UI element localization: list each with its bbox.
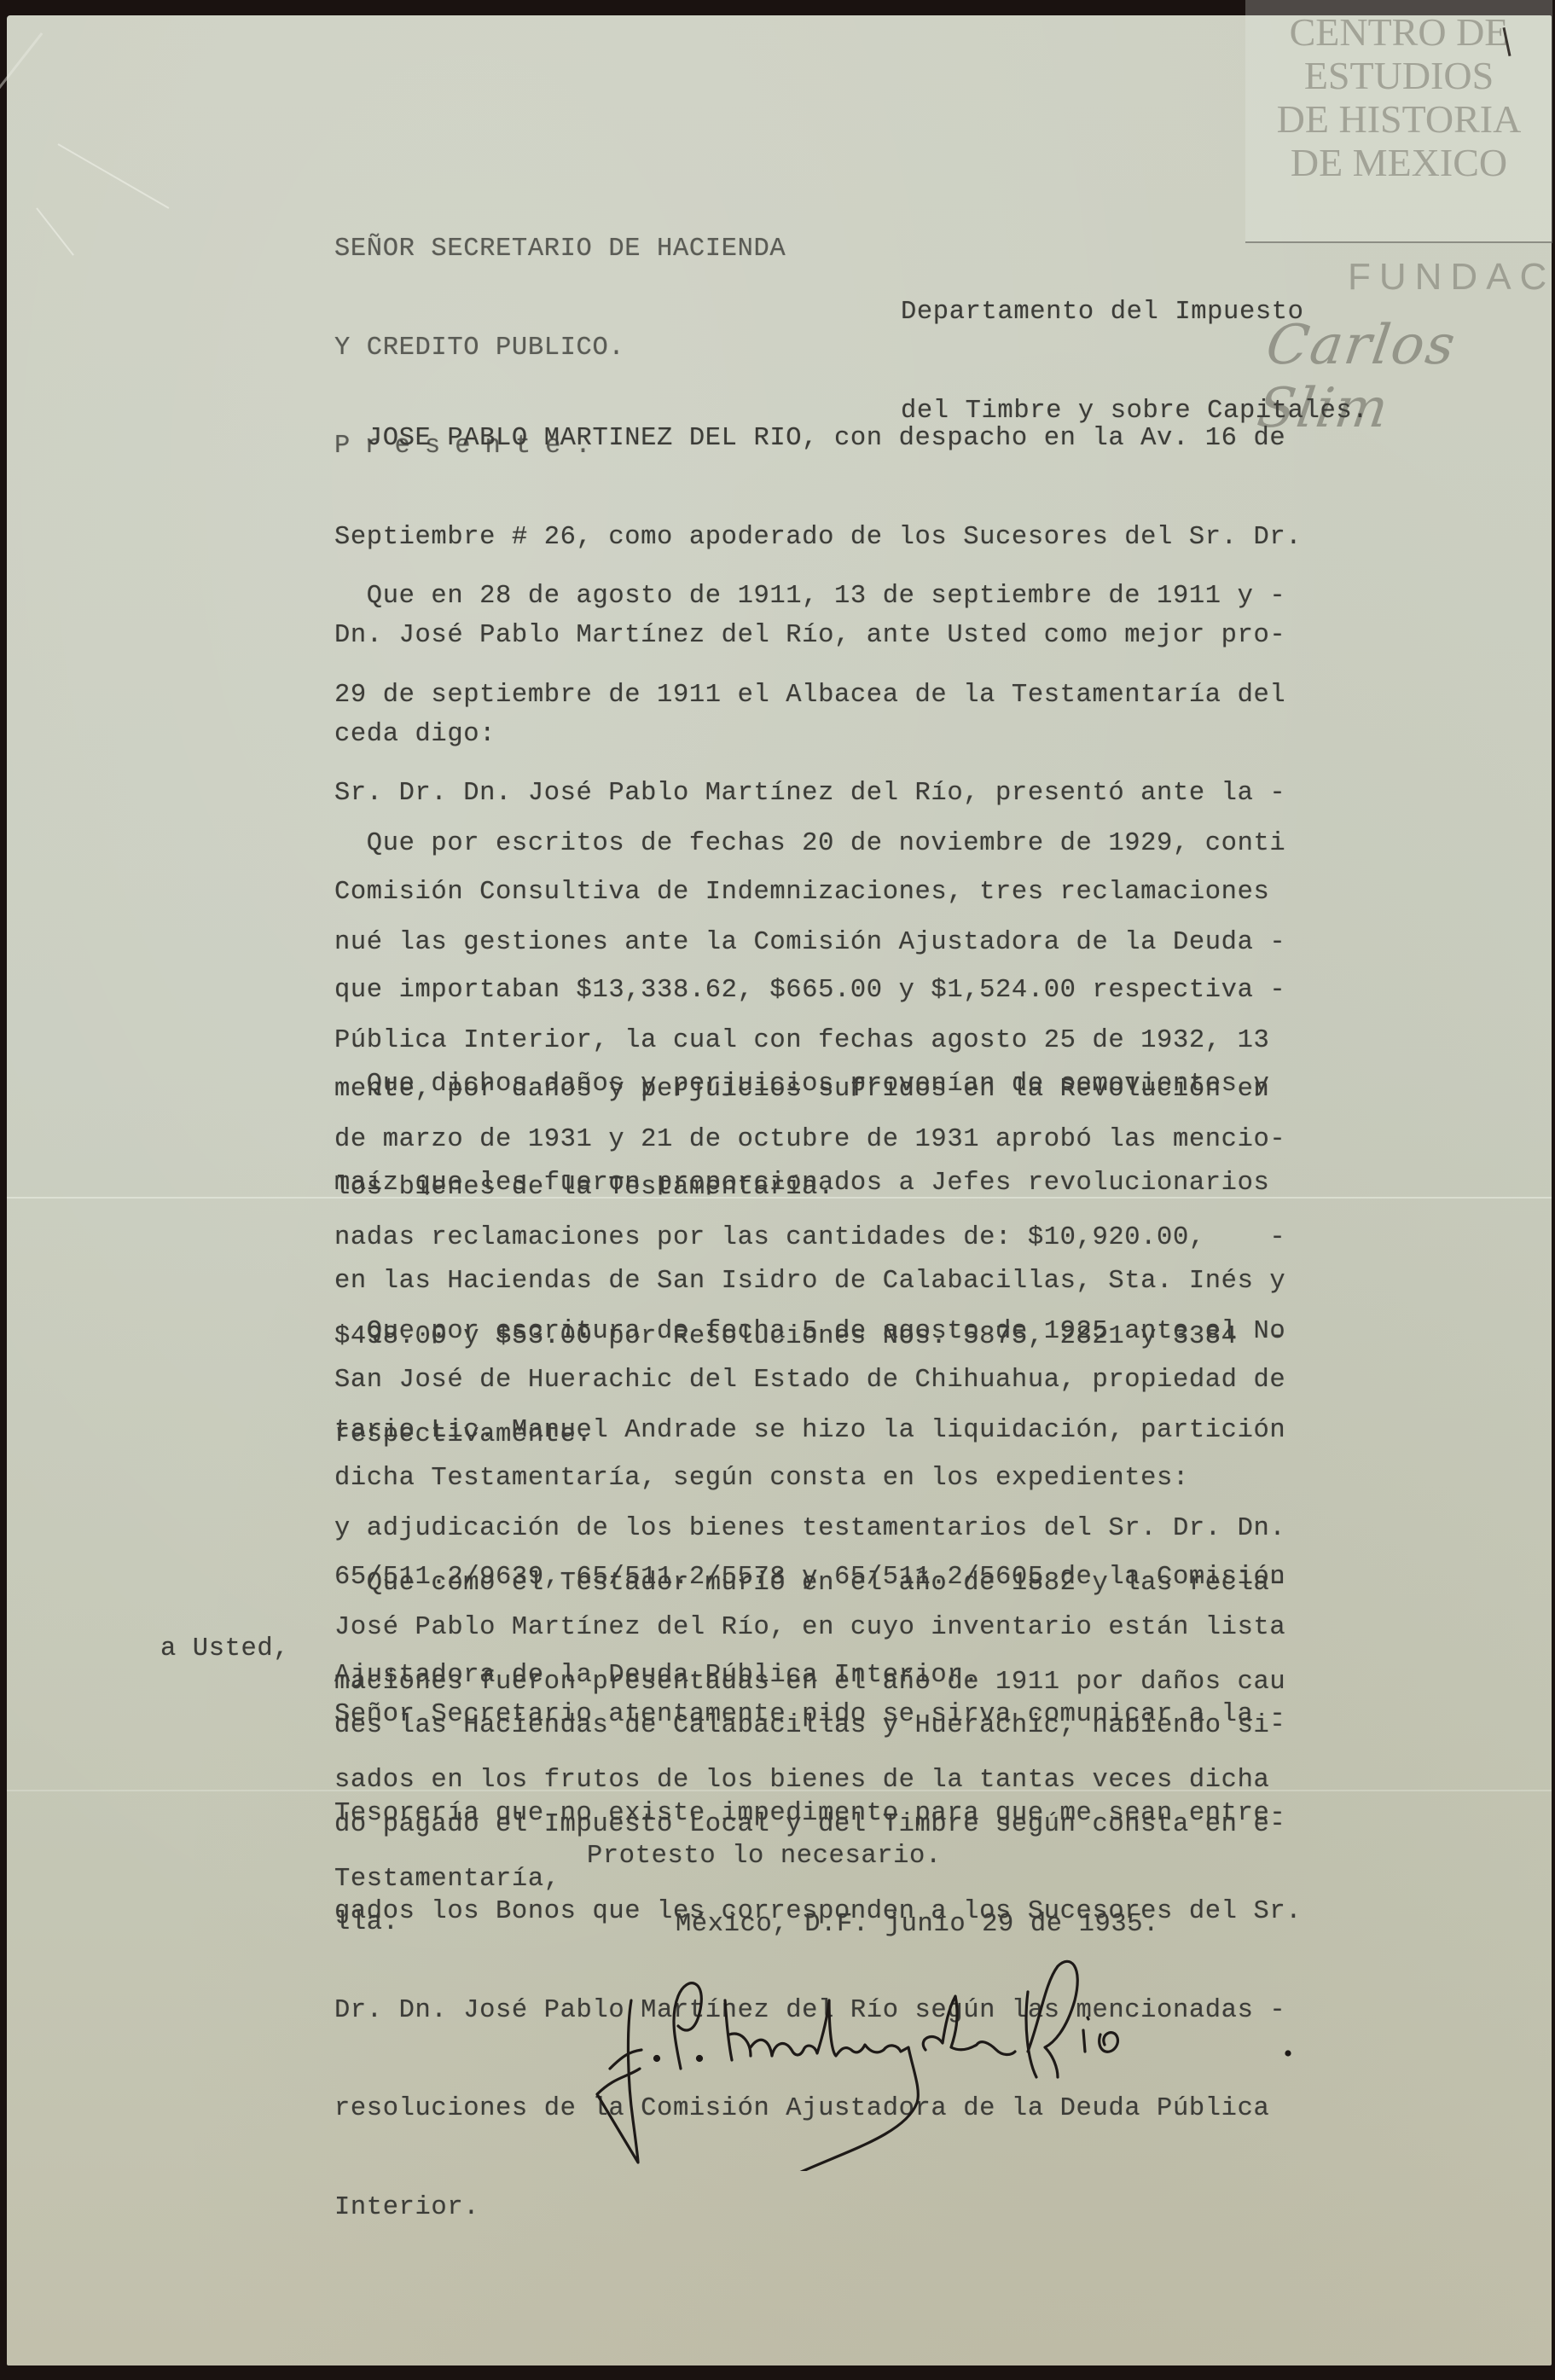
department-line-1: Departamento del Impuesto: [901, 296, 1368, 329]
text-line: Que en 28 de agosto de 1911, 13 de septi…: [334, 580, 1285, 613]
text-line: Que como el Testador murió en el año de …: [334, 1567, 1285, 1600]
paper-crease: [58, 143, 170, 209]
text-line: 29 de septiembre de 1911 el Albacea de l…: [334, 679, 1285, 712]
text-line: Señor Secretario atentamente pido se sir…: [334, 1698, 1302, 1732]
text-line: Que dichos daños y perjuicios provenían …: [334, 1068, 1285, 1101]
closing-formula: Protesto lo necesario.: [587, 1840, 942, 1873]
text-line: maíz que les fueron proporcionados a Jef…: [334, 1167, 1285, 1200]
text-line: Interior.: [334, 2191, 1302, 2225]
signature-icon: [580, 1949, 1348, 2171]
text-line: Tesorería que no existe impedimento para…: [334, 1797, 1302, 1831]
text-line: tario Lic. Manuel Andrade se hizo la liq…: [334, 1414, 1285, 1448]
text-line: nué las gestiones ante la Comisión Ajust…: [334, 926, 1285, 960]
request-margin-label: a Usted,: [160, 1633, 289, 1666]
text-line: Que por escritos de fechas 20 de noviemb…: [334, 827, 1285, 861]
addressee-line-1: SEÑOR SECRETARIO DE HACIENDA: [334, 233, 786, 266]
watermark-foundation: FUNDACIÓN: [1348, 256, 1555, 299]
watermark-line-2: ESTUDIOS: [1245, 54, 1552, 97]
handwritten-signature: [580, 1949, 1348, 2171]
paper-crease: [36, 207, 74, 255]
text-line: JOSE PABLO MARTINEZ DEL RIO, con despach…: [334, 422, 1302, 456]
text-line: Que por escritura de fecha 5 de agosto d…: [334, 1315, 1285, 1349]
watermark-line-4: DE MEXICO: [1245, 141, 1552, 184]
watermark-line-3: DE HISTORIA: [1245, 97, 1552, 141]
place-and-date: México, D.F. junio 29 de 1935.: [676, 1908, 1159, 1942]
paper-fold-corner: [0, 32, 43, 289]
